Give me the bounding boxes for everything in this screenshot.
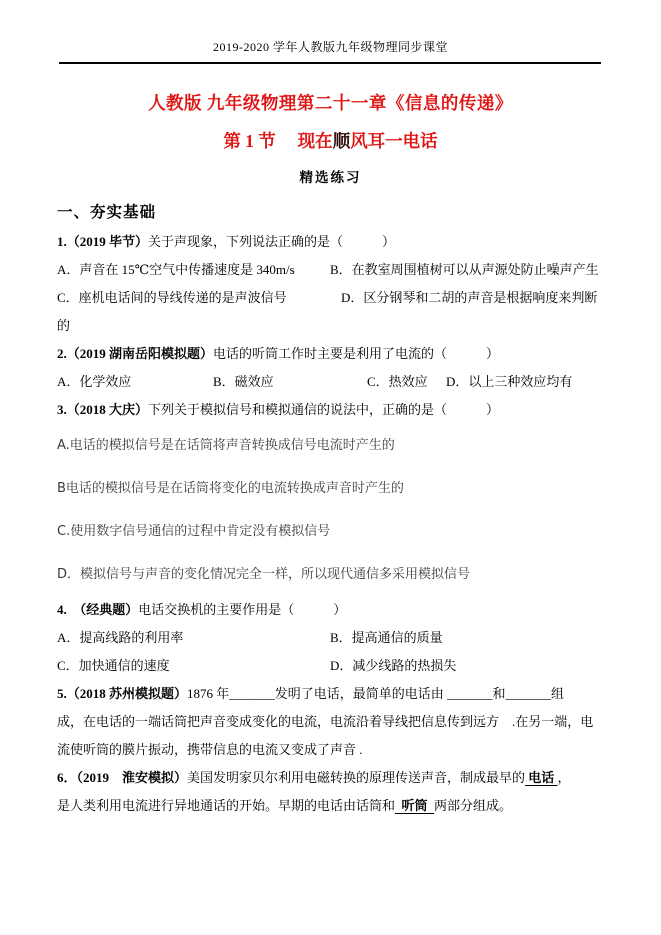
section-heading: 一、夯实基础: [57, 200, 661, 222]
question-6-line-2: 是人类利用电流进行异地通话的开始。早期的电话由话筒和 听筒 两部分组成。: [57, 792, 604, 820]
questions-body: 1.（2019 毕节）关于声现象，下列说法正确的是（ ） A．声音在 15℃空气…: [57, 228, 604, 820]
question-4-option-b: B．提高通信的质量: [330, 624, 443, 652]
question-1-options-ab: A．声音在 15℃空气中传播速度是 340m/s B．在教室周围植树可以从声源处…: [57, 256, 604, 284]
lesson-title-highlight-char: 顺: [333, 131, 351, 151]
question-6-text-2: 是人类利用电流进行异地通话的开始。早期的电话由话筒和: [57, 798, 395, 813]
question-3-option-b: B电话的模拟信号是在话筒将变化的电流转换成声音时产生的: [57, 467, 604, 510]
question-4-stem: 4. （经典题）电话交换机的主要作用是（ ）: [57, 596, 604, 624]
question-6-text-2-tail: 两部分组成。: [434, 798, 512, 813]
question-2-stem: 2.（2019 湖南岳阳模拟题）电话的听筒工作时主要是利用了电流的（ ）: [57, 340, 604, 368]
question-6-answer-blank-1: 电话: [525, 770, 558, 785]
question-6-line-1: 6．（2019 淮安模拟）美国发明家贝尔利用电磁转换的原理传送声音，制成最早的 …: [57, 764, 604, 792]
question-3-number-source: 3.（2018 大庆）: [57, 402, 148, 417]
question-3-option-c: C.使用数字信号通信的过程中肯定没有模拟信号: [57, 510, 604, 553]
question-1-option-b: B．在教室周围植树可以从声源处防止噪声产生: [330, 256, 599, 284]
question-2-number-source: 2.（2019 湖南岳阳模拟题）: [57, 346, 213, 361]
question-4-options-ab: A．提高线路的利用率 B．提高通信的质量: [57, 624, 604, 652]
page-header-text: 2019-2020 学年人教版九年级物理同步课堂: [0, 0, 661, 55]
question-2-text: 电话的听筒工作时主要是利用了电流的（ ）: [213, 346, 499, 361]
question-5-number-source: 5.（2018 苏州模拟题）: [57, 686, 187, 701]
question-3-option-a: A.电话的模拟信号是在话筒将声音转换成信号电流时产生的: [57, 424, 604, 467]
question-1-option-d: D．区分钢琴和二胡的声音是根据响度来判断: [341, 284, 597, 312]
question-6-number-source: 6．（2019 淮安模拟）: [57, 770, 187, 785]
question-1-options-cd: C．座机电话间的导线传递的是声波信号 D．区分钢琴和二胡的声音是根据响度来判断: [57, 284, 604, 312]
question-1-option-a: A．声音在 15℃空气中传播速度是 340m/s: [57, 256, 330, 284]
question-4-options-cd: C．加快通信的速度 D．减少线路的热损失: [57, 652, 604, 680]
question-5-line-2: 成，在电话的一端话筒把声音变成变化的电流，电流沿着导线把信息传到远方 .在另一端…: [57, 708, 604, 736]
question-2-option-c: C．热效应: [367, 368, 446, 396]
question-2-option-d: D．以上三种效应均有: [446, 368, 572, 396]
question-3-stem: 3.（2018 大庆）下列关于模拟信号和模拟通信的说法中，正确的是（ ）: [57, 396, 604, 424]
question-3-text: 下列关于模拟信号和模拟通信的说法中，正确的是（ ）: [148, 402, 499, 417]
question-2-options: A．化学效应 B．磁效应 C．热效应 D．以上三种效应均有: [57, 368, 604, 396]
question-4-number-source: 4. （经典题）: [57, 602, 138, 617]
question-6-answer-blank-2: 听筒: [395, 798, 434, 813]
question-4-option-a: A．提高线路的利用率: [57, 624, 330, 652]
question-1-number-source: 1.（2019 毕节）: [57, 234, 148, 249]
worksheet-page: 2019-2020 学年人教版九年级物理同步课堂 人教版 九年级物理第二十一章《…: [0, 0, 661, 935]
question-6-text-1-tail: ，: [558, 770, 571, 785]
question-1-option-d-carry: 的: [57, 312, 604, 340]
header-divider-rule: [59, 62, 601, 64]
question-4-option-d: D．减少线路的热损失: [330, 652, 456, 680]
question-2-option-b: B．磁效应: [213, 368, 367, 396]
question-5-line-1: 5.（2018 苏州模拟题）1876 年_______发明了电话，最简单的电话由…: [57, 680, 604, 708]
question-3-option-d: D．模拟信号与声音的变化情况完全一样，所以现代通信多采用模拟信号: [57, 553, 604, 596]
question-5-text-1: 1876 年_______发明了电话，最简单的电话由 _______和_____…: [187, 686, 564, 701]
question-6-text-1: 美国发明家贝尔利用电磁转换的原理传送声音，制成最早的: [187, 770, 525, 785]
lesson-title-suffix: 风耳一电话: [350, 131, 438, 151]
question-1-text: 关于声现象，下列说法正确的是（ ）: [148, 234, 395, 249]
lesson-title: 第 1 节 现在顺风耳一电话: [0, 128, 661, 153]
question-2-option-a: A．化学效应: [57, 368, 213, 396]
question-5-line-3: 流使听筒的膜片振动，携带信息的电流又变成了声音 .: [57, 736, 604, 764]
practice-subtitle: 精选练习: [0, 166, 661, 186]
question-1-option-c: C．座机电话间的导线传递的是声波信号: [57, 284, 341, 312]
question-1-stem: 1.（2019 毕节）关于声现象，下列说法正确的是（ ）: [57, 228, 604, 256]
chapter-title: 人教版 九年级物理第二十一章《信息的传递》: [0, 90, 661, 115]
question-4-text: 电话交换机的主要作用是（ ）: [138, 602, 346, 617]
lesson-title-prefix: 第 1 节 现在: [223, 131, 332, 151]
question-4-option-c: C．加快通信的速度: [57, 652, 330, 680]
